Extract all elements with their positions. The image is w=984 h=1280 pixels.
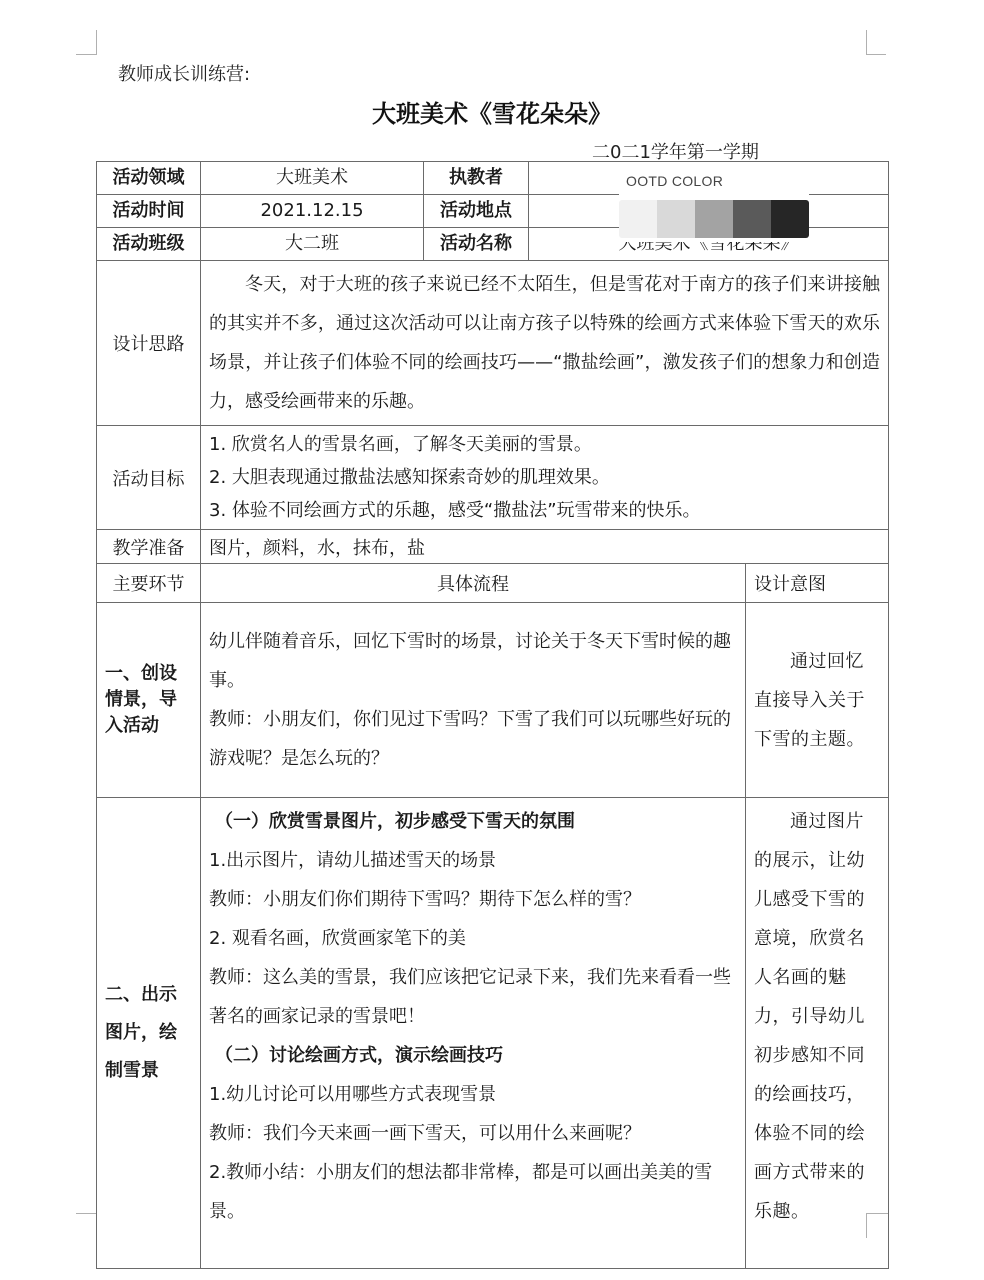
goal-item: 3. 体验不同绘画方式的乐趣，感受“撒盐法”玩雪带来的快乐。 — [209, 494, 880, 527]
flow-line: 教师：小朋友们你们期待下雪吗？期待下怎么样的雪？ — [209, 880, 737, 919]
design-idea-row: 设计思路 冬天，对于大班的孩子来说已经不太陌生，但是雪花对于南方的孩子们来讲接触… — [97, 261, 889, 426]
activity-name-label: 活动名称 — [424, 228, 529, 261]
color-swatch — [733, 200, 771, 238]
goal-item: 2. 大胆表现通过撒盐法感知探索奇妙的肌理效果。 — [209, 461, 880, 494]
goals-list: 1. 欣赏名人的雪景名画，了解冬天美丽的雪景。 2. 大胆表现通过撒盐法感知探索… — [201, 426, 889, 530]
domain-value: 大班美术 — [201, 162, 424, 195]
preparation-row: 教学准备 图片，颜料，水，抹布，盐 — [97, 530, 889, 564]
time-label: 活动时间 — [97, 195, 201, 228]
stage-title: 二、出示图片，绘制雪景 — [97, 798, 201, 1269]
design-idea-label: 设计思路 — [97, 261, 201, 426]
color-swatch — [657, 200, 695, 238]
color-swatch — [771, 200, 809, 238]
flow-heading: （二）讨论绘画方式，演示绘画技巧 — [209, 1036, 737, 1075]
preparation-text: 图片，颜料，水，抹布，盐 — [201, 530, 889, 564]
color-swatch — [619, 200, 657, 238]
design-idea-text: 冬天，对于大班的孩子来说已经不太陌生，但是雪花对于南方的孩子们来讲接触的其实并不… — [201, 261, 889, 426]
goals-row: 活动目标 1. 欣赏名人的雪景名画，了解冬天美丽的雪景。 2. 大胆表现通过撒盐… — [97, 426, 889, 530]
time-value: 2021.12.15 — [201, 195, 424, 228]
flow-line: 1.幼儿讨论可以用哪些方式表现雪景 — [209, 1075, 737, 1114]
goal-item: 1. 欣赏名人的雪景名画，了解冬天美丽的雪景。 — [209, 428, 880, 461]
lesson-plan-table: 活动领域 大班美术 执教者 活动时间 2021.12.15 活动地点 活动班级 … — [96, 161, 889, 1269]
ootd-color-overlay: OOTD COLOR — [619, 170, 809, 242]
flow-heading: （一）欣赏雪景图片，初步感受下雪天的氛围 — [209, 802, 737, 841]
goals-label: 活动目标 — [97, 426, 201, 530]
flow-line: 幼儿伴随着音乐，回忆下雪时的场景，讨论关于冬天下雪时候的趣事。 — [209, 622, 737, 700]
flow-line: 2.教师小结：小朋友们的想法都非常棒，都是可以画出美美的雪景。 — [209, 1153, 737, 1231]
ootd-color-label: OOTD COLOR — [626, 173, 723, 189]
class-value: 大二班 — [201, 228, 424, 261]
domain-label: 活动领域 — [97, 162, 201, 195]
flow-line: 2. 观看名画，欣赏画家笔下的美 — [209, 919, 737, 958]
class-label: 活动班级 — [97, 228, 201, 261]
location-label: 活动地点 — [424, 195, 529, 228]
stage-flow: 幼儿伴随着音乐，回忆下雪时的场景，讨论关于冬天下雪时候的趣事。 教师：小朋友们，… — [201, 603, 746, 798]
header-note: 教师成长训练营: — [118, 60, 250, 86]
stage-intent: 通过回忆直接导入关于下雪的主题。 — [746, 603, 889, 798]
stage-title: 一、创设情景，导入活动 — [97, 603, 201, 798]
flow-line: 教师：这么美的雪景，我们应该把它记录下来，我们先来看看一些著名的画家记录的雪景吧… — [209, 958, 737, 1036]
stage-row: 二、出示图片，绘制雪景 （一）欣赏雪景图片，初步感受下雪天的氛围 1.出示图片，… — [97, 798, 889, 1269]
stage-row: 一、创设情景，导入活动 幼儿伴随着音乐，回忆下雪时的场景，讨论关于冬天下雪时候的… — [97, 603, 889, 798]
flow-line: 教师：小朋友们，你们见过下雪吗？下雪了我们可以玩哪些好玩的游戏呢？是怎么玩的？ — [209, 700, 737, 778]
column-header-stage: 主要环节 — [97, 564, 201, 603]
color-swatch — [695, 200, 733, 238]
stage-flow: （一）欣赏雪景图片，初步感受下雪天的氛围 1.出示图片，请幼儿描述雪天的场景 教… — [201, 798, 746, 1269]
preparation-label: 教学准备 — [97, 530, 201, 564]
column-header-flow: 具体流程 — [201, 564, 746, 603]
document-title: 大班美术《雪花朵朵》 — [0, 94, 984, 129]
stage-intent: 通过图片的展示，让幼儿感受下雪的意境，欣赏名人名画的魅力，引导幼儿初步感知不同的… — [746, 798, 889, 1269]
column-header-intent: 设计意图 — [746, 564, 889, 603]
flow-line: 1.出示图片，请幼儿描述雪天的场景 — [209, 841, 737, 880]
flow-line: 教师：我们今天来画一画下雪天，可以用什么来画呢？ — [209, 1114, 737, 1153]
color-swatch-strip — [619, 200, 809, 238]
teacher-label: 执教者 — [424, 162, 529, 195]
column-header-row: 主要环节 具体流程 设计意图 — [97, 564, 889, 603]
